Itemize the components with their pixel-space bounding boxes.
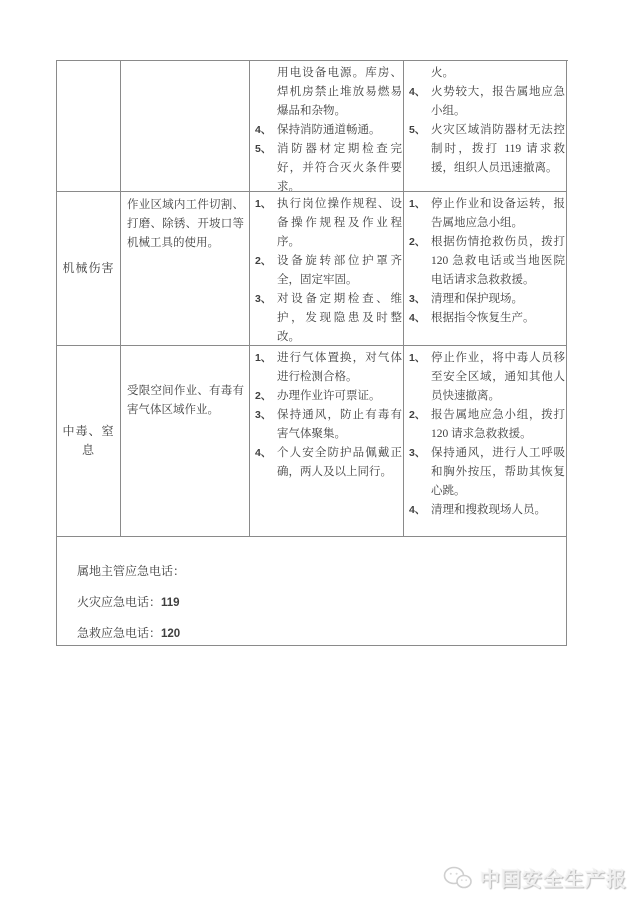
document-page: 用电设备电源。库房、焊机房禁止堆放易燃易爆品和杂物。 4、 保持消防通道畅通。 … [0,0,640,906]
item-number: 5、 [409,121,431,140]
list-item: 5、 消防器材定期检查完好，并符合灭火条件要求。 [255,140,402,192]
list-item: 4、 保持消防通道畅通。 [255,121,402,140]
list-item: 2、 办理作业许可票证。 [255,387,402,406]
response-cell: 1、 停止作业，将中毒人员移至安全区域，通知其他人员快速撤离。 2、 报告属地应… [404,346,567,537]
item-number: 3、 [255,290,277,309]
wechat-icon [443,865,473,891]
item-number: 4、 [409,309,431,328]
list-item: 4、 个人安全防护品佩戴正确，两人及以上同行。 [255,444,402,482]
item-number: 1、 [255,195,277,214]
list-item: 3、 清理和保护现场。 [409,290,565,309]
list-item: 1、 停止作业，将中毒人员移至安全区域，通知其他人员快速撤离。 [409,349,565,406]
item-text: 保持消防通道畅通。 [277,121,402,140]
list-item: 1、 进行气体置换，对气体进行检测合格。 [255,349,402,387]
item-text: 办理作业许可票证。 [277,387,402,406]
hazard-type-label: 中毒、窒息 [57,422,120,460]
item-number: 3、 [255,406,277,425]
item-text: 消防器材定期检查完好，并符合灭火条件要求。 [277,140,402,192]
item-number: 4、 [255,121,277,140]
hazard-type-cell: 中毒、窒息 [57,346,121,537]
publisher-name: 中国安全生产报 [480,863,627,892]
list-item: 3、 对设备定期检查、维护，发现隐患及时整改。 [255,290,402,346]
list-item: 2、 设备旋转部位护罩齐全，固定牢固。 [255,252,402,290]
item-text: 清理和搜救现场人员。 [431,501,565,520]
list-item: 4、 根据指令恢复生产。 [409,309,565,328]
item-number: 5、 [255,140,277,159]
list-item: 5、 火灾区域消防器材无法控制时，拨打 119 请求救援，组织人员迅速撤离。 [409,121,565,178]
item-number: 2、 [409,406,431,425]
item-number: 4、 [255,444,277,463]
list-item: 4、 清理和搜救现场人员。 [409,501,565,520]
list-item: 3、 保持通风，防止有毒有害气体聚集。 [255,406,402,444]
list-item: 2、 报告属地应急小组，拨打 120 请求急救救援。 [409,406,565,444]
phone-label: 属地主管应急电话： [77,564,185,578]
emergency-phone-box: 属地主管应急电话： 火灾应急电话：119 急救应急电话：120 [57,537,567,646]
response-cell: 火。 4、 火势较大，报告属地应急小组。 5、 火灾区域消防器材无法控制时，拨打… [404,61,567,192]
list-item: 3、 保持通风，进行人工呼吸和胸外按压，帮助其恢复心跳。 [409,444,565,501]
item-text: 执行岗位操作规程、设备操作规程及作业程序。 [277,195,402,252]
hazard-type-cell: 机械伤害 [57,192,121,346]
item-text: 个人安全防护品佩戴正确，两人及以上同行。 [277,444,402,482]
hazard-source-cell [121,61,250,192]
item-number: 2、 [255,252,277,271]
list-item: 1、 停止作业和设备运转，报告属地应急小组。 [409,195,565,233]
item-number: 1、 [409,195,431,214]
phone-label: 急救应急电话： [77,626,161,640]
list-item: 2、 根据伤情抢救伤员，拨打 120 急救电话或当地医院电话请求急救救援。 [409,233,565,290]
hazard-source-text: 受限空间作业、有毒有害气体区域作业。 [127,385,244,416]
prevention-cell: 1、 进行气体置换，对气体进行检测合格。 2、 办理作业许可票证。 3、 保持通… [250,346,404,537]
item-number: 1、 [409,349,431,368]
item-text: 根据伤情抢救伤员，拨打 120 急救电话或当地医院电话请求急救救援。 [431,233,565,290]
phone-number: 120 [161,628,180,640]
item-text: 进行气体置换，对气体进行检测合格。 [277,349,402,387]
phone-number: 119 [161,597,180,609]
item-text: 设备旋转部位护罩齐全，固定牢固。 [277,252,402,290]
response-cell: 1、 停止作业和设备运转，报告属地应急小组。 2、 根据伤情抢救伤员，拨打 12… [404,192,567,346]
hazard-source-cell: 受限空间作业、有毒有害气体区域作业。 [121,346,250,537]
hazard-type-label: 机械伤害 [62,259,114,278]
hazard-type-cell [57,61,121,192]
item-text: 用电设备电源。库房、焊机房禁止堆放易燃易爆品和杂物。 [277,64,402,121]
list-item: 用电设备电源。库房、焊机房禁止堆放易燃易爆品和杂物。 [255,64,402,121]
item-text: 根据指令恢复生产。 [431,309,565,328]
item-number: 4、 [409,83,431,102]
item-text: 保持通风，进行人工呼吸和胸外按压，帮助其恢复心跳。 [431,444,565,501]
prevention-cell: 1、 执行岗位操作规程、设备操作规程及作业程序。 2、 设备旋转部位护罩齐全，固… [250,192,404,346]
phone-line: 急救应急电话：120 [77,618,556,646]
item-text: 火灾区域消防器材无法控制时，拨打 119 请求救援，组织人员迅速撤离。 [431,121,565,178]
prevention-cell: 用电设备电源。库房、焊机房禁止堆放易燃易爆品和杂物。 4、 保持消防通道畅通。 … [250,61,404,192]
phone-line: 属地主管应急电话： [77,556,556,587]
phone-line: 火灾应急电话：119 [77,587,556,618]
item-text: 火。 [431,64,565,83]
phone-label: 火灾应急电话： [77,595,161,609]
hazard-source-text: 作业区域内工件切割、打磨、除锈、开坡口等机械工具的使用。 [127,199,244,249]
item-text: 清理和保护现场。 [431,290,565,309]
item-text: 停止作业，将中毒人员移至安全区域，通知其他人员快速撤离。 [431,349,565,406]
item-number: 1、 [255,349,277,368]
list-item: 4、 火势较大，报告属地应急小组。 [409,83,565,121]
item-number: 4、 [409,501,431,520]
hazard-table: 用电设备电源。库房、焊机房禁止堆放易燃易爆品和杂物。 4、 保持消防通道畅通。 … [56,60,568,646]
item-text: 火势较大，报告属地应急小组。 [431,83,565,121]
hazard-source-cell: 作业区域内工件切割、打磨、除锈、开坡口等机械工具的使用。 [121,192,250,346]
item-number: 2、 [255,387,277,406]
list-item: 火。 [409,64,565,83]
list-item: 1、 执行岗位操作规程、设备操作规程及作业程序。 [255,195,402,252]
item-text: 停止作业和设备运转，报告属地应急小组。 [431,195,565,233]
item-text: 对设备定期检查、维护，发现隐患及时整改。 [277,290,402,346]
item-number: 3、 [409,290,431,309]
item-number: 3、 [409,444,431,463]
item-number: 2、 [409,233,431,252]
publisher-watermark: 中国安全生产报 [443,863,627,892]
item-text: 报告属地应急小组，拨打 120 请求急救救援。 [431,406,565,444]
item-text: 保持通风，防止有毒有害气体聚集。 [277,406,402,444]
